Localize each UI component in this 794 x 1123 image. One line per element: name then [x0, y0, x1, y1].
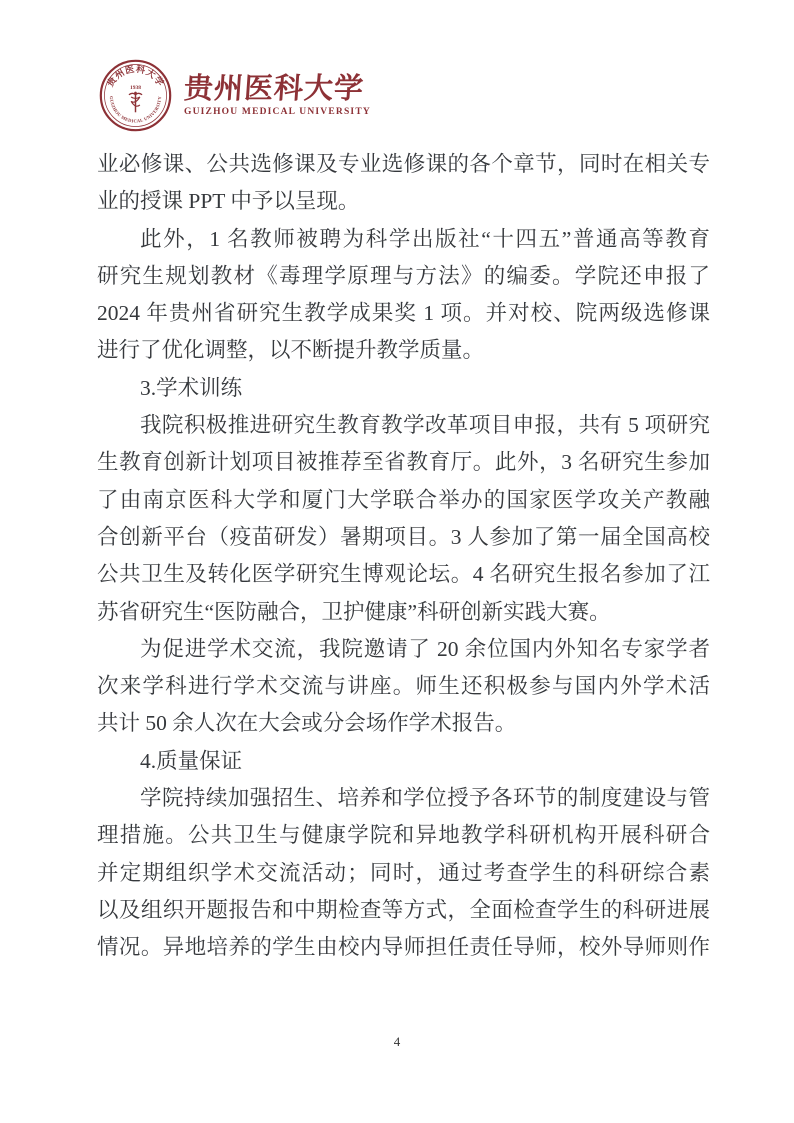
document-line: 学院持续加强招生、培养和学位授予各环节的制度建设与管: [97, 780, 710, 817]
document-line: 合创新平台（疫苗研发）暑期项目。3 人参加了第一届全国高校: [97, 519, 710, 556]
document-line: 为促进学术交流，我院邀请了 20 余位国内外知名专家学者: [97, 631, 710, 668]
document-line: 进行了优化调整，以不断提升教学质量。: [97, 332, 710, 369]
section-heading: 3.学术训练: [97, 370, 710, 407]
document-line: 并定期组织学术交流活动；同时，通过考查学生的科研综合素质，: [97, 855, 710, 892]
document-line: 生教育创新计划项目被推荐至省教育厅。此外，3 名研究生参加: [97, 444, 710, 481]
section-heading: 4.质量保证: [97, 743, 710, 780]
document-line: 了由南京医科大学和厦门大学联合举办的国家医学攻关产教融: [97, 482, 710, 519]
university-logo: 贵州医科大学 1938 GUIZHOU MEDICAL UNIVERSITY 贵…: [99, 57, 371, 133]
document-line: 公共卫生及转化医学研究生博观论坛。4 名研究生报名参加了江: [97, 556, 710, 593]
university-name-en: GUIZHOU MEDICAL UNIVERSITY: [184, 107, 371, 117]
document-line: 研究生规划教材《毒理学原理与方法》的编委。学院还申报了: [97, 258, 710, 295]
university-wordmark: 贵州医科大学 GUIZHOU MEDICAL UNIVERSITY: [184, 74, 371, 117]
document-line: 此外，1 名教师被聘为科学出版社“十四五”普通高等教育: [97, 221, 710, 258]
document-line: 2024 年贵州省研究生教学成果奖 1 项。并对校、院两级选修课: [97, 295, 710, 332]
document-line: 苏省研究生“医防融合，卫护健康”科研创新实践大赛。: [97, 594, 710, 631]
document-body: 业必修课、公共选修课及专业选修课的各个章节，同时在相关专 业的授课 PPT 中予…: [97, 146, 710, 967]
document-line: 我院积极推进研究生教育教学改革项目申报，共有 5 项研究: [97, 407, 710, 444]
document-page: 贵州医科大学 1938 GUIZHOU MEDICAL UNIVERSITY 贵…: [0, 0, 794, 1123]
document-line: 次来学科进行学术交流与讲座。师生还积极参与国内外学术活动，: [97, 668, 710, 705]
caduceus-icon: [129, 91, 142, 112]
document-line: 业必修课、公共选修课及专业选修课的各个章节，同时在相关专: [97, 146, 710, 183]
document-line: 理措施。公共卫生与健康学院和异地教学科研机构开展科研合作，: [97, 817, 710, 854]
page-number: 4: [0, 1034, 794, 1050]
university-name-zh: 贵州医科大学: [183, 74, 372, 104]
document-line: 业的授课 PPT 中予以呈现。: [97, 183, 710, 220]
document-line: 情况。异地培养的学生由校内导师担任责任导师，校外导师则作: [97, 929, 710, 966]
document-line: 以及组织开题报告和中期检查等方式，全面检查学生的科研进展: [97, 892, 710, 929]
document-line: 共计 50 余人次在大会或分会场作学术报告。: [97, 705, 710, 742]
seal-year: 1938: [130, 84, 141, 90]
university-seal-icon: 贵州医科大学 1938 GUIZHOU MEDICAL UNIVERSITY: [99, 59, 172, 132]
